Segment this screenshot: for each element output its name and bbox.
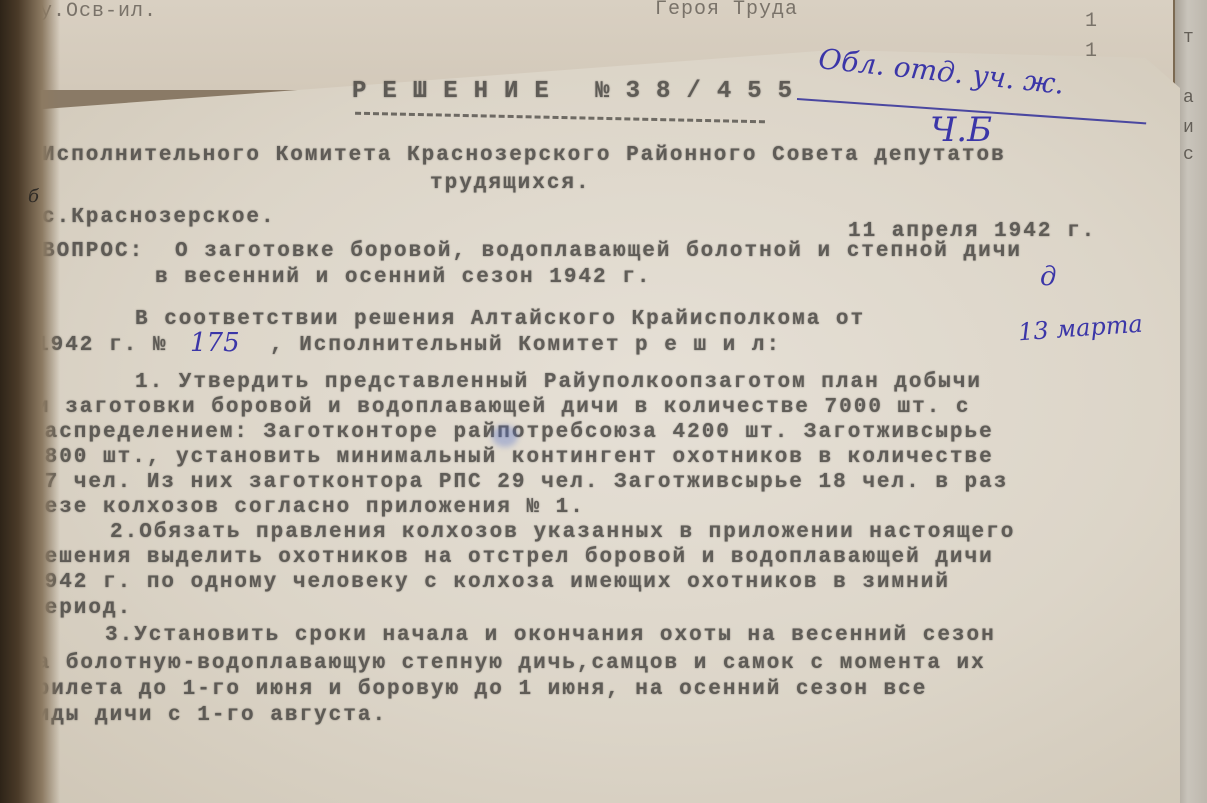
background-fragment: Героя Труда bbox=[655, 0, 798, 21]
background-fragment: т bbox=[1183, 28, 1194, 48]
handwritten-initials: Ч.Б bbox=[930, 110, 992, 150]
item-line: прилета до 1-го июня и боровую до 1 июня… bbox=[22, 678, 927, 701]
item-line: 47 чел. Из них заготконтора РПС 29 чел. … bbox=[30, 471, 1008, 494]
item-line: и заготовки боровой и водоплавающей дичи… bbox=[36, 396, 971, 419]
place: с.Краснозерское. bbox=[42, 206, 276, 229]
item-line: резе колхозов согласно приложения № 1. bbox=[30, 496, 585, 519]
handwritten-correction: д bbox=[1040, 262, 1056, 292]
item-line: 1942 г. по одному человеку с колхоза име… bbox=[30, 571, 950, 594]
question-line-1: О заготовке боровой, водоплавающей болот… bbox=[175, 240, 1022, 263]
handwritten-decree-number: 175 bbox=[190, 328, 240, 358]
ink-stain bbox=[492, 425, 518, 447]
item-line: 3.Установить сроки начала и окончания ох… bbox=[105, 624, 996, 647]
issuer-line-1: Исполнительного Комитета Краснозерского … bbox=[42, 144, 1006, 167]
binding-shadow bbox=[0, 0, 60, 803]
background-fragment: и bbox=[1183, 118, 1194, 138]
item-line: решения выделить охотников на отстрел бо… bbox=[30, 546, 994, 569]
preamble-line-2b: , Исполнительный Комитет р е ш и л: bbox=[270, 334, 781, 357]
background-number: 1 bbox=[1085, 10, 1098, 33]
item-line: виды дичи с 1-го августа. bbox=[22, 704, 387, 727]
preamble-line-1: В соответствии решения Алтайского Крайис… bbox=[135, 308, 865, 331]
item-line: 2.Обязать правления колхозов указанных в… bbox=[110, 521, 1015, 544]
question-line-2: в весенний и осенний сезон 1942 г. bbox=[155, 266, 651, 289]
issuer-line-2: трудящихся. bbox=[430, 172, 591, 195]
background-fragment: а bbox=[1183, 88, 1194, 108]
item-line: на болотную-водоплавающую степную дичь,с… bbox=[22, 652, 986, 675]
document-title: РЕШЕНИЕ №38/455 bbox=[352, 78, 808, 105]
item-line: 2800 шт., установить минимальный континг… bbox=[30, 446, 994, 469]
background-fragment: с bbox=[1183, 145, 1194, 165]
item-line: 1. Утвердить представленный Райуполкоопз… bbox=[135, 371, 982, 394]
margin-mark: б bbox=[28, 186, 39, 207]
